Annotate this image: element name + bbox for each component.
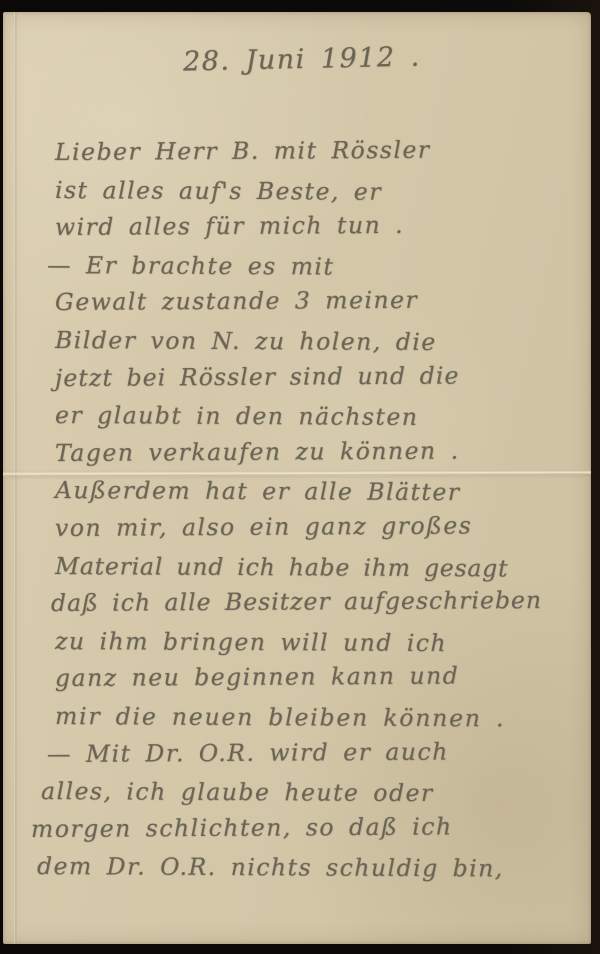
handwritten-line: wird alles für mich tun . — [55, 206, 555, 247]
fold-line-vertical — [14, 12, 17, 944]
scan-black-border: 28. Juni 1912 . Lieber Herr B. mit Rössl… — [0, 0, 600, 954]
letter-date: 28. Juni 1912 . — [183, 42, 421, 78]
handwritten-line: dem Dr. O.R. nichts schuldig bin, — [37, 848, 555, 888]
letter-body: Lieber Herr B. mit Rössler ist alles auf… — [55, 134, 555, 886]
handwritten-line: mir die neuen bleiben können . — [55, 698, 555, 738]
letter-page: 28. Juni 1912 . Lieber Herr B. mit Rössl… — [3, 12, 591, 944]
handwritten-line: von mir, also ein ganz großes — [55, 507, 555, 548]
handwritten-line: er glaubt in den nächsten — [55, 397, 555, 437]
handwritten-line: daß ich alle Besitzer aufgeschrieben — [51, 582, 555, 623]
handwritten-line: jetzt bei Rössler sind und die — [55, 357, 555, 398]
handwritten-line: Tagen verkaufen zu können . — [55, 432, 555, 473]
handwritten-line: Gewalt zustande 3 meiner — [55, 281, 555, 322]
handwritten-line: morgen schlichten, so daß ich — [31, 807, 555, 848]
handwritten-line: — Mit Dr. O.R. wird er auch — [47, 732, 555, 773]
handwritten-line: ganz neu beginnen kann und — [55, 657, 555, 698]
handwritten-line: Lieber Herr B. mit Rössler — [55, 131, 555, 172]
handwritten-line: Bilder von N. zu holen, die — [55, 322, 555, 362]
